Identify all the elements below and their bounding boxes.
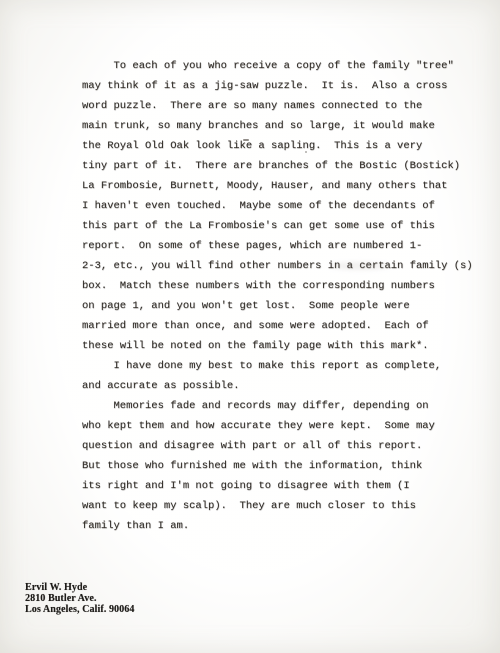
text-line: tiny part of it. There are branches of t… <box>82 156 482 176</box>
text-line: these will be noted on the family page w… <box>82 336 482 356</box>
text-line: question and disagree with part or all o… <box>82 436 482 456</box>
text-line: But those who furnished me with the info… <box>82 456 482 476</box>
text-line: To each of you who receive a copy of the… <box>82 56 482 76</box>
text-line: on page 1, and you won't get lost. Some … <box>82 296 482 316</box>
stray-pencil-mark <box>243 139 249 141</box>
text-line: La Frombosie, Burnett, Moody, Hauser, an… <box>82 176 482 196</box>
text-line: I have done my best to make this report … <box>82 356 482 376</box>
signature-address-street: 2810 Butler Ave. <box>25 593 134 604</box>
text-line: I haven't even touched. Maybe some of th… <box>82 196 482 216</box>
signature-address-city: Los Angeles, Calif. 90064 <box>25 604 134 615</box>
text-line: want to keep my scalp). They are much cl… <box>82 496 482 516</box>
text-line: word puzzle. There are so many names con… <box>82 96 482 116</box>
document-page: To each of you who receive a copy of the… <box>0 0 500 653</box>
signature-block: Ervil W. Hyde 2810 Butler Ave. Los Angel… <box>25 582 134 615</box>
text-line: box. Match these numbers with the corres… <box>82 276 482 296</box>
text-line: the Royal Old Oak look like a sapling. T… <box>82 136 482 156</box>
letter-body: To each of you who receive a copy of the… <box>82 56 482 536</box>
text-line: family than I am. <box>82 516 482 536</box>
stray-ink-dot <box>305 151 307 153</box>
text-line: report. On some of these pages, which ar… <box>82 236 482 256</box>
text-line: and accurate as possible. <box>82 376 482 396</box>
text-line: may think of it as a jig-saw puzzle. It … <box>82 76 482 96</box>
scan-smudge <box>330 262 390 270</box>
text-line: Memories fade and records may differ, de… <box>82 396 482 416</box>
text-line: its right and I'm not going to disagree … <box>82 476 482 496</box>
text-line: this part of the La Frombosie's can get … <box>82 216 482 236</box>
text-line: married more than once, and some were ad… <box>82 316 482 336</box>
signature-name: Ervil W. Hyde <box>25 582 134 593</box>
text-line: main trunk, so many branches and so larg… <box>82 116 482 136</box>
text-line: who kept them and how accurate they were… <box>82 416 482 436</box>
text-line: 2-3, etc., you will find other numbers i… <box>82 256 482 276</box>
